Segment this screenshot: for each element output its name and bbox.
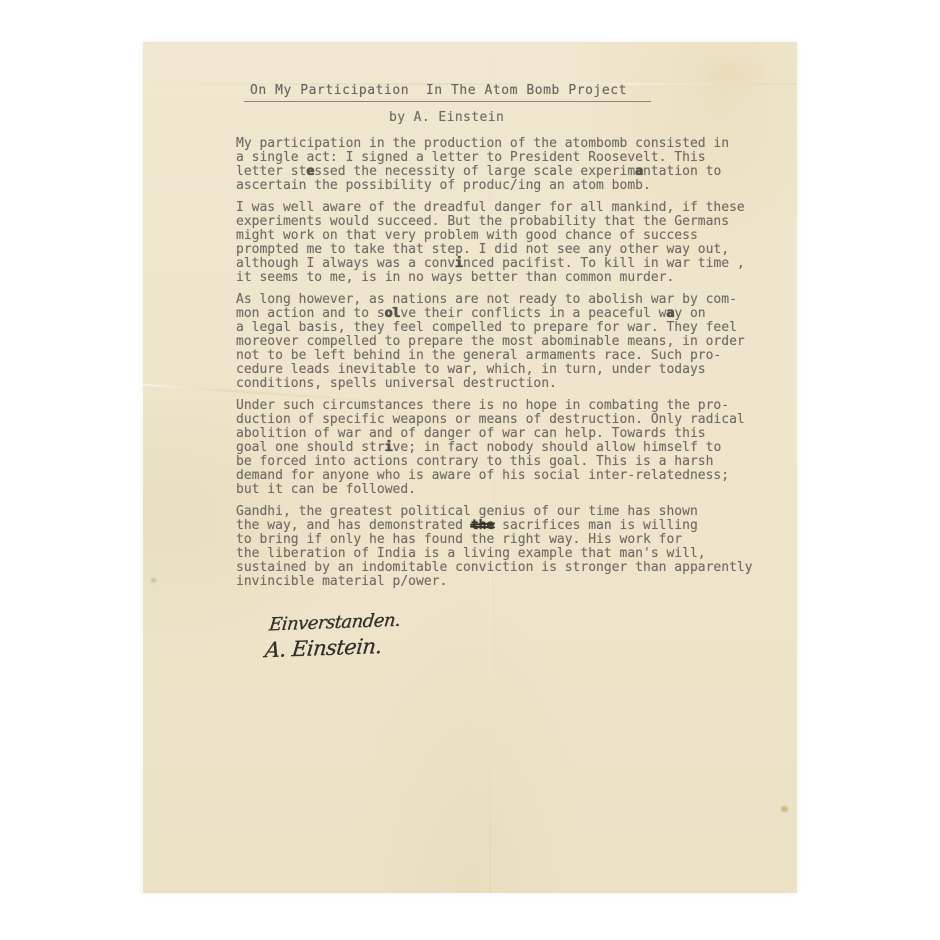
- typed-line: goal one should strive; in fact nobody s…: [236, 441, 781, 455]
- overtyped-character: i: [385, 440, 393, 455]
- overtyped-character: i: [455, 256, 463, 271]
- foxing-spot: [781, 806, 788, 812]
- typed-line: ascertain the possibility of produc/ing …: [236, 179, 781, 193]
- paragraph: I was well aware of the dreadful danger …: [236, 201, 781, 285]
- overtyped-character: ol: [385, 306, 401, 321]
- typed-line: My participation in the production of th…: [236, 137, 781, 151]
- document-title: On My Participation In The Atom Bomb Pro…: [244, 83, 651, 102]
- typed-line: letter stessed the necessity of large sc…: [236, 165, 781, 179]
- typed-line: Gandhi, the greatest political genius of…: [236, 505, 781, 519]
- typed-line: invincible material p/ower.: [236, 575, 781, 589]
- overtyped-character: e: [306, 164, 314, 179]
- letter-page: On My Participation In The Atom Bomb Pro…: [143, 42, 797, 893]
- handwritten-signature: A. Einstein.: [264, 634, 383, 662]
- typed-line: I was well aware of the dreadful danger …: [236, 201, 781, 215]
- typed-line: As long however, as nations are not read…: [236, 293, 781, 307]
- typed-line: the way, and has demonstrated the sacrif…: [236, 519, 781, 533]
- overtyped-character: a: [666, 306, 674, 321]
- typed-line: but it can be followed.: [236, 483, 781, 497]
- handwritten-remark: Einverstanden.: [268, 610, 401, 636]
- typed-line: prompted me to take that step. I did not…: [236, 243, 781, 257]
- typed-line: it seems to me, is in no ways better tha…: [236, 271, 781, 285]
- paragraph: Gandhi, the greatest political genius of…: [236, 505, 781, 589]
- typed-line: experiments would succeed. But the proba…: [236, 215, 781, 229]
- paper-spot: [151, 578, 156, 583]
- paper-discoloration: [703, 62, 763, 88]
- typed-line: sustained by an indomitable conviction i…: [236, 561, 781, 575]
- document-byline: by A. Einstein: [389, 110, 504, 125]
- document-body: My participation in the production of th…: [236, 137, 781, 597]
- overtyped-character: a: [635, 164, 643, 179]
- typed-line: moreover compelled to prepare the most a…: [236, 335, 781, 349]
- typed-line: might work on that very problem with goo…: [236, 229, 781, 243]
- typed-line: to bring if only he has found the right …: [236, 533, 781, 547]
- typed-line: a legal basis, they feel compelled to pr…: [236, 321, 781, 335]
- scan-background: On My Participation In The Atom Bomb Pro…: [0, 0, 940, 940]
- typed-line: duction of specific weapons or means of …: [236, 413, 781, 427]
- typed-line: Under such circumstances there is no hop…: [236, 399, 781, 413]
- paragraph: Under such circumstances there is no hop…: [236, 399, 781, 497]
- typed-line: be forced into actions contrary to this …: [236, 455, 781, 469]
- typed-line: demand for anyone who is aware of his so…: [236, 469, 781, 483]
- typed-line: not to be left behind in the general arm…: [236, 349, 781, 363]
- paragraph: My participation in the production of th…: [236, 137, 781, 193]
- pen-struck-word: the: [471, 518, 494, 533]
- typed-line: a single act: I signed a letter to Presi…: [236, 151, 781, 165]
- paragraph: As long however, as nations are not read…: [236, 293, 781, 391]
- typed-line: cedure leads inevitable to war, which, i…: [236, 363, 781, 377]
- typed-line: although I always was a convinced pacifi…: [236, 257, 781, 271]
- typed-line: mon action and to solve their conflicts …: [236, 307, 781, 321]
- typed-line: abolition of war and of danger of war ca…: [236, 427, 781, 441]
- typed-line: the liberation of India is a living exam…: [236, 547, 781, 561]
- typed-line: conditions, spells universal destruction…: [236, 377, 781, 391]
